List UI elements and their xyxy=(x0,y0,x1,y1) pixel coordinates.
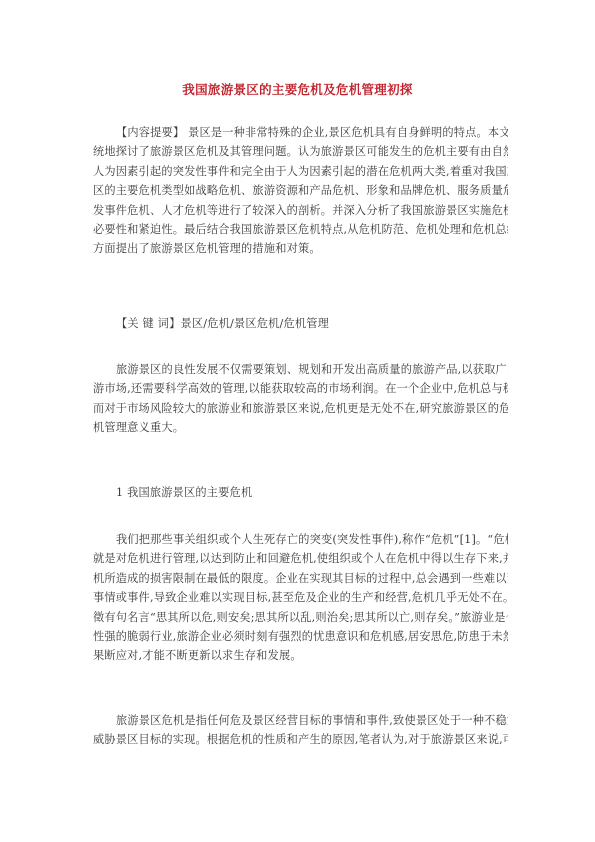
paragraph-line: 徵有句名言“思其所以危,则安矣;思其所以乱,则治矣;思其所以亡,则存矣。”旅游业… xyxy=(93,608,508,627)
paragraph-line: 我们把那些事关组织或个人生死存亡的突变(突发性事件),称作“危机”[1]。“危机… xyxy=(93,530,508,549)
paragraph-line: 性强的脆弱行业,旅游企业必须时刻有强烈的忧患意识和危机感,居安思危,防患于未然,… xyxy=(93,627,508,646)
paragraph-line: 事情或事件,导致企业难以实现目标,甚至危及企业的生产和经营,危机几乎无处不在。唐… xyxy=(93,588,508,607)
abstract-block: 【内容提要】 景区是一种非常特殊的企业,景区危机具有自身鲜明的特点。本文比较系 … xyxy=(93,123,508,259)
crisis-definition-paragraph: 我们把那些事关组织或个人生死存亡的突变(突发性事件),称作“危机”[1]。“危机… xyxy=(93,530,508,666)
abstract-line: 人为因素引起的突发性事件和完全由于人为因素引起的潜在危机两大类,着重对我国旅游景 xyxy=(93,162,508,181)
abstract-line: 统地探讨了旅游景区危机及其管理问题。认为旅游景区可能发生的危机主要有由自然灾害或 xyxy=(93,142,508,161)
section-heading-text: 1 我国旅游景区的主要危机 xyxy=(93,483,508,502)
paragraph-line: 就是对危机进行管理,以达到防止和回避危机,使组织或个人在危机中得以生存下来,并将… xyxy=(93,549,508,568)
paragraph-line: 果断应对,才能不断更新以求生存和发展。 xyxy=(93,646,508,665)
document-page: 我国旅游景区的主要危机及危机管理初探 【内容提要】 景区是一种非常特殊的企业,景… xyxy=(0,0,595,842)
paragraph-line: 而对于市场风险较大的旅游业和旅游景区来说,危机更是无处不在,研究旅游景区的危机和… xyxy=(93,399,508,418)
paragraph-line: 旅游景区危机是指任何危及景区经营目标的事情和事件,致使景区处于一种不稳定状态, xyxy=(93,711,508,730)
scenic-crisis-paragraph: 旅游景区危机是指任何危及景区经营目标的事情和事件,致使景区处于一种不稳定状态, … xyxy=(93,711,508,750)
abstract-line: 【内容提要】 景区是一种非常特殊的企业,景区危机具有自身鲜明的特点。本文比较系 xyxy=(93,123,508,142)
abstract-line: 必要性和紧迫性。最后结合我国旅游景区危机特点,从危机防范、危机处理和危机总结 3… xyxy=(93,220,508,239)
paragraph-line: 游市场,还需要科学高效的管理,以能获取较高的市场利润。在一个企业中,危机总与稳定… xyxy=(93,379,508,398)
paragraph-line: 旅游景区的良性发展不仅需要策划、规划和开发出高质量的旅游产品,以获取广阔的旅 xyxy=(93,360,508,379)
keywords-line: 【关 键 词】景区/危机/景区危机/危机管理 xyxy=(93,314,508,333)
paragraph-line: 机所造成的损害限制在最低的限度。企业在实现其目标的过程中,总会遇到一些难以预料的 xyxy=(93,569,508,588)
paragraph-line: 威胁景区目标的实现。根据危机的性质和产生的原因,笔者认为,对于旅游景区来说,可能… xyxy=(93,730,508,749)
abstract-line: 方面提出了旅游景区危机管理的措施和对策。 xyxy=(93,239,508,258)
keywords-block: 【关 键 词】景区/危机/景区危机/危机管理 xyxy=(93,314,508,333)
abstract-line: 区的主要危机类型如战略危机、旅游资源和产品危机、形象和品牌危机、服务质量危机、突 xyxy=(93,181,508,200)
section-heading: 1 我国旅游景区的主要危机 xyxy=(93,483,508,502)
document-title: 我国旅游景区的主要危机及危机管理初探 xyxy=(0,80,595,98)
intro-paragraph: 旅游景区的良性发展不仅需要策划、规划和开发出高质量的旅游产品,以获取广阔的旅 游… xyxy=(93,360,508,438)
abstract-line: 发事件危机、人才危机等进行了较深入的剖析。并深入分析了我国旅游景区实施危机管理的 xyxy=(93,201,508,220)
paragraph-line: 机管理意义重大。 xyxy=(93,418,508,437)
